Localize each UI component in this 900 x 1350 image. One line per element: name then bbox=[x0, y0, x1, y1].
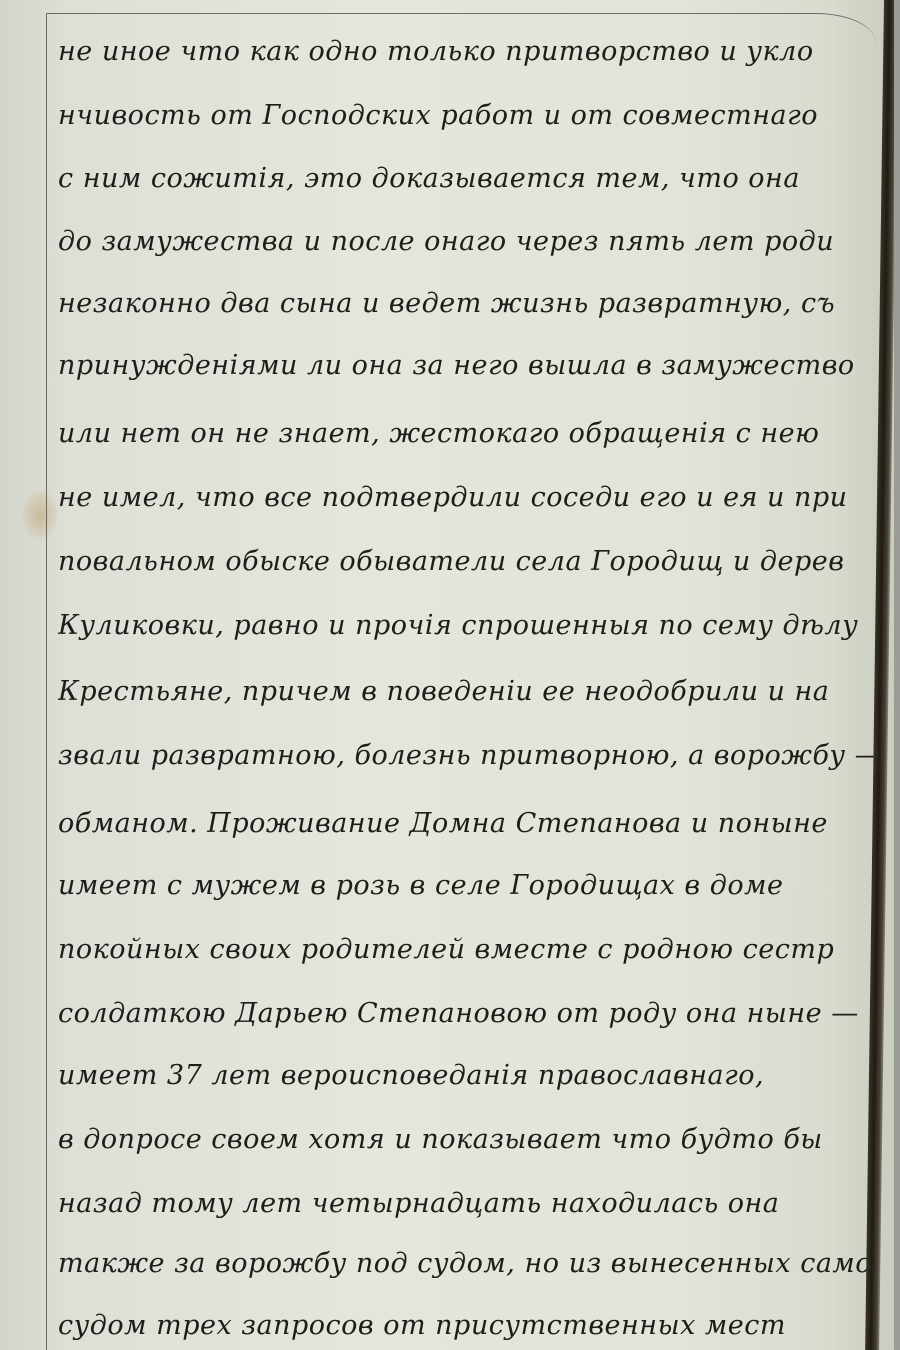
text-line-9: повальном обыске обыватели села Городищ … bbox=[58, 546, 886, 577]
text-line-12: звали развратною, болезнь притворною, а … bbox=[58, 740, 886, 771]
text-line-15: покойных своих родителей вместе с родною… bbox=[58, 934, 886, 965]
text-line-10: Куликовки, равно и прочія спрошенныя по … bbox=[58, 610, 886, 641]
text-line-6: принужденіями ли она за него вышла в зам… bbox=[58, 350, 886, 381]
text-line-19: назад тому лет четырнадцать находилась о… bbox=[58, 1188, 886, 1219]
next-page-edge bbox=[894, 0, 900, 1350]
text-line-21: судом трех запросов от присутственных ме… bbox=[58, 1310, 886, 1341]
text-line-2: нчивость от Господских работ и от совмес… bbox=[58, 100, 886, 131]
text-line-11: Крестьяне, причем в поведеніи ее неодобр… bbox=[58, 676, 886, 707]
text-line-7: или нет он не знает, жестокаго обращенія… bbox=[58, 418, 886, 449]
text-line-17: имеет 37 лет вероисповеданія православна… bbox=[58, 1060, 886, 1091]
text-line-18: в допросе своем хотя и показывает что бу… bbox=[58, 1124, 886, 1155]
text-line-4: до замужества и после онаго через пять л… bbox=[58, 226, 886, 257]
text-line-8: не имел, что все подтвердили соседи его … bbox=[58, 482, 886, 513]
left-margin-line bbox=[46, 13, 47, 1350]
text-line-20: также за ворожбу под судом, но из вынесе… bbox=[58, 1248, 886, 1279]
text-line-13: обманом. Проживание Домна Степанова и по… bbox=[58, 808, 886, 839]
text-line-16: солдаткою Дарьею Степановою от роду она … bbox=[58, 998, 886, 1029]
text-line-5: незаконно два сына и ведет жизнь разврат… bbox=[58, 288, 886, 319]
paper-stain bbox=[22, 490, 58, 540]
text-line-14: имеет с мужем в розь в селе Городищах в … bbox=[58, 870, 886, 901]
text-line-1: не иное что как одно только притворство … bbox=[58, 36, 886, 67]
text-line-3: с ним сожитія, это доказывается тем, что… bbox=[58, 163, 886, 194]
manuscript-page: не иное что как одно только притворство … bbox=[0, 0, 900, 1350]
